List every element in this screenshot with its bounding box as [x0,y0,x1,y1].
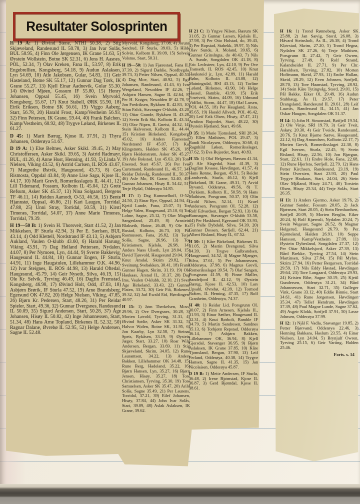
result-list: 1) Else Beltnes, Asker Skikl. 39.45, 2) … [10,146,121,221]
result-section: Myrvold, Kongsberg, 37.08, 4) Jorunn San… [122,41,190,61]
result-list: 1) Marit Bærug, Kjose IL 37.91, 2) Thyra… [10,133,121,144]
result-section: H 13: 1) Anders Gjermo, Asker 19.76, 2) … [280,198,359,319]
result-list: 1) Trond Rønneberg, Asker SK 25.88, 2) J… [280,29,359,116]
result-list: 1) Jan Fjærestad, Fana IL, 37.39, 2) Sig… [122,62,190,191]
result-list: 1) Øivind Stene, NTHI 50.38, 2) Stig Skj… [10,41,121,132]
result-section: H 50: 1) Kåre Birkeland, Birkenes IL 31.… [189,239,258,301]
result-section: H 19—50 B: 1) Svein H. Thorsveit, Start … [10,224,121,336]
result-section: D 19 B: 1) Mette Andersen, IF Sturla, 36… [189,372,258,391]
continuation-note: Forts. s. 14 [280,352,359,357]
result-section: H 15: 1) Jørn Therkelsen, Moss, 29.96, 2… [122,305,190,414]
photo-bottom-edge [0,484,360,504]
result-section: H 21 C: 1) Yngve Nilsen, Bærum SK 31.05,… [189,29,258,129]
results-column-1: H 19 A: 1) Øivind Stene, NTHI 50.38, 2) … [10,41,121,455]
result-section: D 19 A: 1) Else Beltnes, Asker Skikl. 39… [10,147,121,222]
result-list: 1) Jørn Therkelsen, Moss, 29.96, 2) Ove … [122,304,190,413]
newspaper-clipping-photo: Resultater Solosprinten H 19 A: 1) Øivin… [0,0,360,504]
headline-box: Resultater Solosprinten [13,12,180,41]
result-list: 1) Njål F. Vadla, Stavanger 19.85, 2) Pe… [280,321,359,350]
result-section: H 35: 1) Olaf Helgesen, Bærum 41.34, 2) … [189,157,258,238]
result-section: H 17: 1) Dag Kummelhoff, O-52, 24.50, 2)… [122,194,190,303]
result-section: D 45: 1) Marit Bærug, Kjose IL 37.91, 2)… [10,134,121,145]
result-section: H 12: 1) Njål F. Vadla, Stavanger 19.85,… [280,321,359,350]
headline: Resultater Solosprinten [26,19,167,34]
results-column-3: H 21 C: 1) Yngve Nilsen, Bærum SK 31.05,… [189,29,258,428]
result-list: 1) Yngve Nilsen, Bærum SK 31.05, 2) Gunn… [189,29,258,129]
results-column-4: H 16: 1) Trond Rønneberg, Asker SK 25.88… [280,29,359,459]
result-list: 1) John H. Simonstad, Bøtfjell 19.54, 2)… [280,118,359,196]
result-list: 1) Marie Tjomsland, SRI 28.34, 2) Ellen … [189,130,258,154]
result-section: H 19 A: 1) Øivind Stene, NTHI 50.38, 2) … [10,41,121,132]
result-section: H 19—50: 1) Jan Fjærestad, Fana IL, 37.3… [122,63,190,192]
results-column-2: Myrvold, Kongsberg, 37.08, 4) Jorunn San… [122,41,190,465]
result-list: Myrvold, Kongsberg, 37.08, 4) Jorunn San… [122,41,190,60]
result-list: 1) Olaf Helgesen, Bærum 41.34, 2) Alv Sl… [189,156,258,237]
result-section: H 16: 1) Trond Rønneberg, Asker SK 25.88… [280,29,359,116]
result-section: H 14: 1) John H. Simonstad, Bøtfjell 19.… [280,118,359,196]
result-list: 1) Kåre Birkeland, Birkenes IL 31.05, 2)… [189,239,258,301]
result-list: 1) Dag Kummelhoff, O-52, 24.50, 2) Einar… [122,193,190,302]
result-section: H 40: 1) Reidar Lid, Porsgrunn OL 30.07,… [189,303,258,370]
result-list: 1) Reidar Lid, Porsgrunn OL 30.07, 2) Fi… [189,303,258,370]
result-list: 1) Anders Gjermo, Asker 19.76, 2) Gunnar… [280,197,359,318]
result-section: D 35: 1) Marie Tjomsland, SRI 28.34, 2) … [189,131,258,155]
result-list: 1) Svein H. Thorsveit, Start 41.52, 2) J… [10,223,121,336]
